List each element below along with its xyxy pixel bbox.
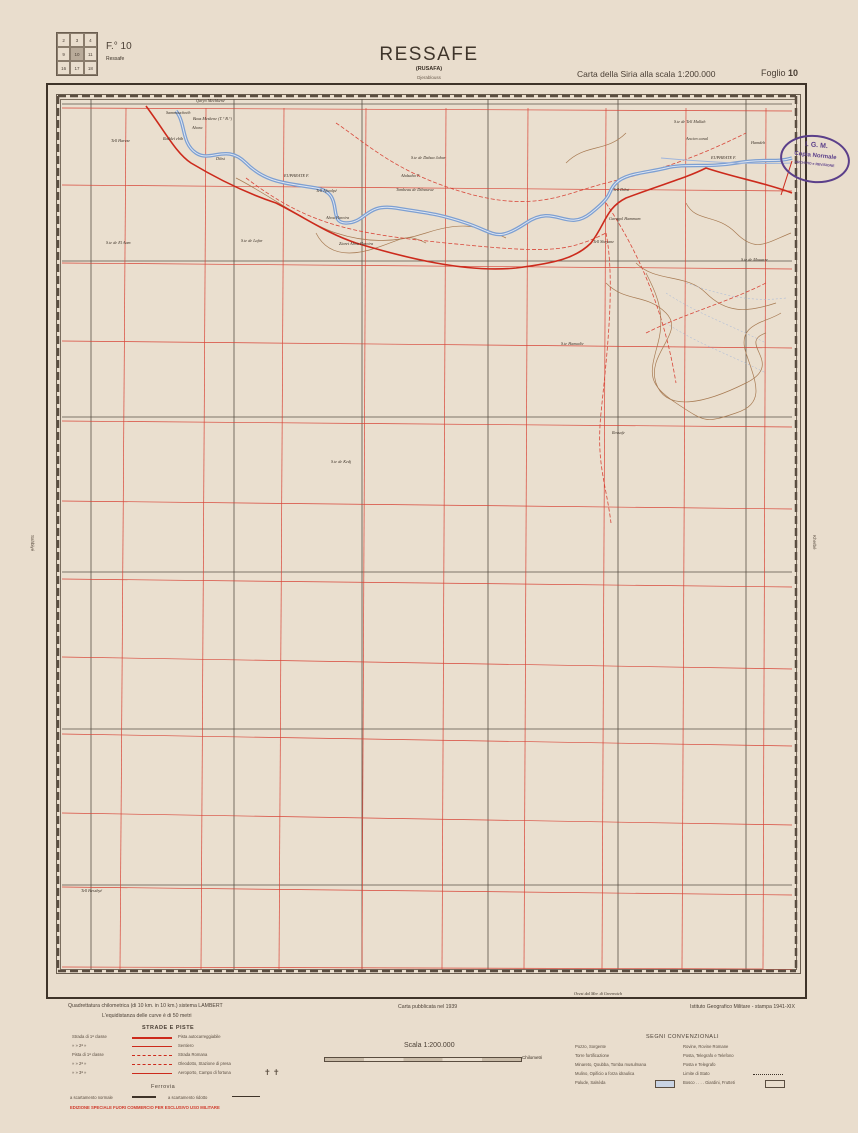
legend-left: Pista di 1ª classe [72,1052,104,1057]
legend-row: » » 2ª »Oleodotto, Stazione di presa [72,1061,272,1070]
map-subtitle: (RUSAFA) [0,66,858,72]
legend-right: Rovine, Rovine Romane [683,1044,728,1049]
legend-right: Aeroporto, Campo di fortuna [178,1070,231,1075]
garden-symbol [765,1080,785,1088]
map-title: RESSAFE [0,44,858,66]
map-canvas [46,83,807,999]
place-label: EUPHRATE F. [284,173,309,178]
place-label: S.te de Dabaa Jabar [411,155,445,160]
plateau-outline [646,273,781,420]
place-label: EUPHRATE F. [711,155,736,160]
adjacent-sheet-label: Djerablouss [0,75,858,80]
place-label: Ovest dal Mer. di Greenwich [574,991,622,996]
place-label: S.te de Lafar [241,238,263,243]
place-label: Tell Afwalpé [316,188,337,193]
legend-right: Posta e Telegrafo [683,1062,716,1067]
series-scale-title: Carta della Siria alla scala 1:200.000 [577,69,715,79]
grid-note: Quadrettatura chilometrica (di 10 km. in… [68,1003,223,1009]
legend-right: Bosco . . . . Giardini, Frutteti [683,1080,735,1085]
place-label: Tell Sbeyane [593,239,614,244]
foglio-number: 10 [788,68,798,78]
legend-right: Limite di Stato [683,1071,710,1076]
legend-row: Strada di 1ª classePista autocarreggiabi… [72,1034,272,1043]
euphrates-river [176,111,792,235]
place-label: Hamdeh [751,140,765,145]
legend-row: Palude, SalsèdaBosco . . . . Giardini, F… [575,1080,790,1089]
legend-left: Mulino, Opificio a forza idraulica [575,1071,634,1076]
place-label: Dibsi [216,156,225,161]
scale-unit: Chilometri [522,1055,542,1060]
legend-row: Torre fortificazionePosta, Telegrafo e T… [575,1053,790,1062]
legend-right: Oleodotto, Stazione di presa [178,1061,231,1066]
place-label: S.te de Kedj [331,459,351,464]
legend-right: Strada Romana [178,1052,207,1057]
place-label: Tell Hessbyé [81,888,102,893]
state-border-symbol [753,1074,783,1075]
east-adjacent-label: Kherbé [812,535,817,550]
place-label: Abdsaba T. [401,173,420,178]
place-label: Ancien canal [686,136,708,141]
legend-left: Torre fortificazione [575,1053,609,1058]
legend-row: » » 3ª »Aeroporto, Campo di fortuna✝ ✝ [72,1070,272,1079]
foglio-text: Foglio [761,68,786,78]
rail-normal: a scartamento normale [70,1095,113,1100]
place-label: S.te de El Aam [106,240,131,245]
legend-left: » » 3ª » [72,1070,86,1075]
main-road [146,106,792,269]
scale-bar [324,1057,522,1062]
west-adjacent-label: Sahbiyé [30,535,35,551]
roads-legend-title: STRADE E PISTE [142,1025,194,1031]
legend-left: Minareto, Qoubba, Tomba musulmana [575,1062,646,1067]
airport-icon: ✝ ✝ [264,1068,280,1077]
signs-legend-title: SEGNI CONVENZIONALI [646,1034,719,1040]
legend-left: Palude, Salsèda [575,1080,606,1085]
place-label: S.te de Mouarre [741,257,768,262]
place-label: Ziaret Abou Hareira [339,241,373,246]
legend-right: Sentiero [178,1043,194,1048]
legend-row: Pista di 1ª classeStrada Romana [72,1052,272,1061]
kilometric-grid [62,108,792,969]
scale-label: Scala 1:200.000 [404,1042,455,1049]
roads-legend: Strada di 1ª classePista autocarreggiabi… [72,1034,272,1079]
place-label: Qaryo Mechkené [196,98,225,103]
place-label: S.te Hamadie [561,341,584,346]
rail-normal-symbol [132,1096,156,1098]
printer-note: Istituto Geografico Militare - stampa 19… [690,1004,795,1010]
legend-right: Posta, Telegrafo e Telefono [683,1053,734,1058]
legend-row: » » 2ª »Sentiero [72,1043,272,1052]
legend-right: Pista autocarreggiabile [178,1034,221,1039]
rail-narrow-symbol [232,1096,260,1097]
place-label: Garagol Hammam [609,216,641,221]
place-label: Raddeï ebib [163,136,183,141]
legend-row: Mulino, Opificio a forza idraulicaLimite… [575,1071,790,1080]
legend-left: Strada di 1ª classe [72,1034,107,1039]
rail-narrow: a scartamento ridotto [168,1095,207,1100]
signs-legend: Pozzo, SorgenteRovine, Rovine Romane Tor… [575,1044,790,1089]
place-label: Baus Meskene (T.° B.°) [193,116,232,121]
legend-row: Minareto, Qoubba, Tomba musulmanaPosta e… [575,1062,790,1071]
foglio-label: Foglio 10 [761,68,798,78]
legend-left: » » 2ª » [72,1061,86,1066]
published-note: Carta pubblicata nel 1939 [398,1004,457,1010]
legend-row: Pozzo, SorgenteRovine, Rovine Romane [575,1044,790,1053]
place-label: Abou Hareira [326,215,349,220]
rail-legend-title: Ferrovia [151,1084,175,1090]
place-label: Tombeau de Dibsnawe [396,187,434,192]
legend-left: Pozzo, Sorgente [575,1044,606,1049]
place-label: Ressafe [612,430,625,435]
tracks [246,123,766,523]
legend-left: » » 2ª » [72,1043,86,1048]
place-label: Tell Hareze [111,138,130,143]
wadis [666,283,786,373]
military-edition-note: EDIZIONE SPECIALE FUORI COMMERCIO PER ES… [70,1105,220,1110]
place-label: S.te de Tell Mallah [674,119,705,124]
place-label: Abara [192,125,202,130]
place-label: Tell Dibsi [613,187,629,192]
place-label: Sammouchnéh [166,110,190,115]
contour-note: L'equidistanza delle curve è di 50 metri [102,1013,192,1019]
marsh-symbol [655,1080,675,1088]
